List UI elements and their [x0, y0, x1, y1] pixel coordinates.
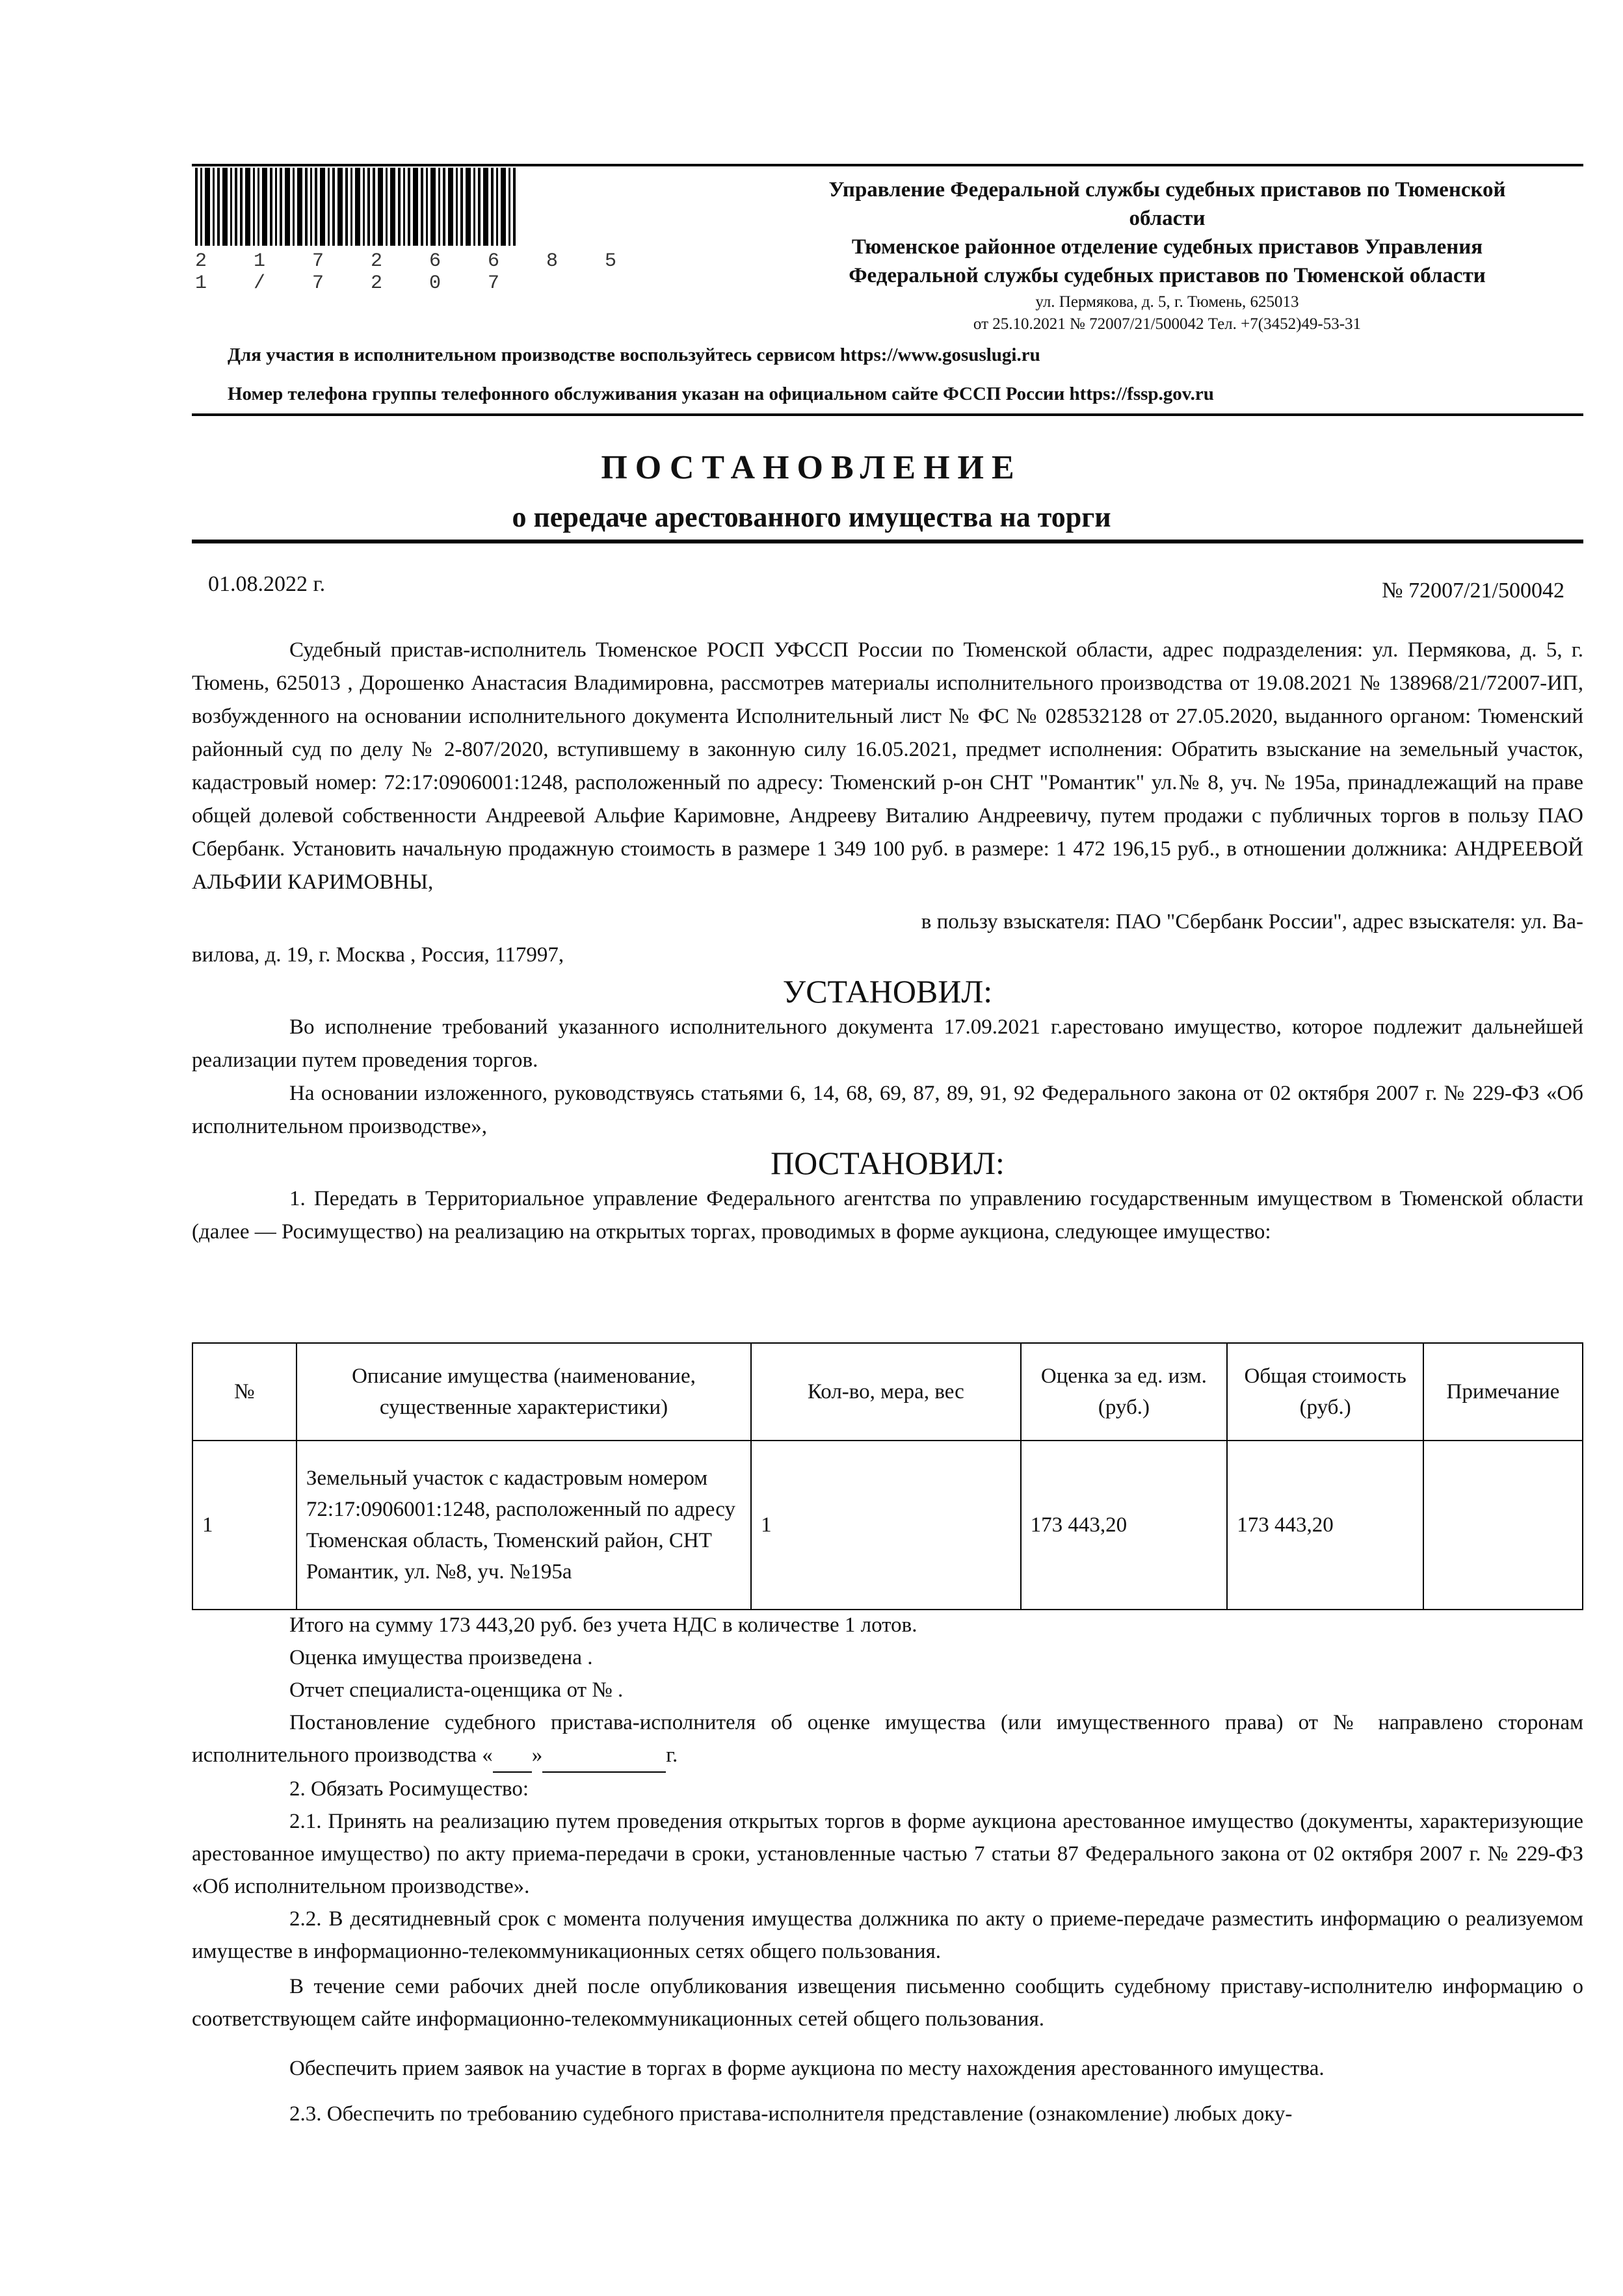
barcode-bar — [373, 168, 375, 246]
document-page: 2 1 7 2 6 6 8 5 1 / 7 2 0 7 Управление Ф… — [0, 0, 1623, 2296]
barcode-bar — [253, 168, 255, 246]
barcode-bar — [337, 168, 343, 246]
barcode-bar — [378, 168, 383, 246]
cell-unit-price: 173 443,20 — [1021, 1441, 1228, 1610]
document-title: ПОСТАНОВЛЕНИЕ — [0, 449, 1623, 487]
column-header: Описание имущества (наименование, сущест… — [297, 1343, 751, 1441]
barcode-bar — [443, 168, 445, 246]
barcode-bar — [245, 168, 250, 246]
item-2-1: 2.1. Принять на реализацию путем проведе… — [192, 1805, 1583, 1903]
barcode-bar — [240, 168, 243, 246]
year-suffix: г. — [666, 1743, 678, 1767]
valuation-decree: Постановление судебного пристава-исполни… — [192, 1706, 1583, 1773]
org-reference: от 25.10.2021 № 72007/21/500042 Тел. +7(… — [754, 315, 1580, 334]
barcode-bar — [466, 168, 471, 246]
intro-paragraph: Судебный пристав-исполнитель Тюменское Р… — [192, 634, 1583, 899]
item-2-3: 2.3. Обеспечить по требованию судебного … — [192, 2098, 1583, 2130]
barcode-bar — [355, 168, 360, 246]
barcode-bar — [398, 168, 401, 246]
established-paragraph: На основании изложенного, руководствуясь… — [192, 1077, 1583, 1143]
barcode-bar — [508, 168, 510, 246]
table-header-row: № Описание имущества (наименование, суще… — [192, 1343, 1583, 1441]
day-blank — [493, 1739, 532, 1773]
item-2: 2. Обязать Росимущество: — [192, 1773, 1583, 1805]
barcode-bar — [205, 168, 210, 246]
item-2-2: 2.2. В десятидневный срок с момента полу… — [192, 1903, 1583, 1968]
column-header: Кол-во, мера, вес — [751, 1343, 1020, 1441]
barcode-bar — [213, 168, 215, 246]
barcode-bar — [460, 168, 463, 246]
barcode-bar — [438, 168, 440, 246]
barcode-bar — [403, 168, 405, 246]
barcode-bar — [222, 168, 228, 246]
org-line: Федеральной службы судебных приставов по… — [754, 261, 1580, 290]
barcode-bar — [413, 168, 418, 246]
barcode-bar — [257, 168, 259, 246]
valuation-done: Оценка имущества произведена . — [192, 1641, 1583, 1674]
barcode-bar — [483, 168, 488, 246]
established-heading: УСТАНОВИЛ: — [192, 972, 1583, 1011]
phone-notice: Номер телефона группы телефонного обслуж… — [228, 384, 1214, 405]
org-line: области — [754, 204, 1580, 233]
barcode-bar — [285, 168, 290, 246]
barcode-bar — [367, 168, 370, 246]
seven-days-paragraph: В течение семи рабочих дней после опубли… — [192, 1970, 1583, 2035]
valuation-decree-text: Постановление судебного пристава-исполни… — [192, 1711, 1583, 1767]
barcode-bar — [478, 168, 481, 246]
barcode-bar — [280, 168, 282, 246]
month-blank — [542, 1739, 666, 1773]
barcode-bar — [217, 168, 220, 246]
barcode-bar — [390, 168, 395, 246]
applications-paragraph: Обеспечить прием заявок на участие в тор… — [192, 2052, 1583, 2085]
document-date: 01.08.2022 г. — [208, 572, 325, 597]
established-paragraph: Во исполнение требований указанного испо… — [192, 1011, 1583, 1077]
resolved-item-1: 1. Передать в Территориальное управление… — [192, 1182, 1583, 1249]
barcode-number: 2 1 7 2 6 6 8 5 1 / 7 2 0 7 — [195, 250, 637, 294]
barcode-bar — [473, 168, 475, 246]
barcode-bar — [491, 168, 494, 246]
barcode-bar — [297, 168, 302, 246]
table-row: 1 Земельный участок с кадастровым номеро… — [192, 1441, 1583, 1610]
barcode-bar — [310, 168, 312, 246]
column-header: № — [192, 1343, 297, 1441]
barcode-bar — [230, 168, 232, 246]
creditor-line: в пользу взыскателя: ПАО "Сбербанк Росси… — [192, 906, 1583, 939]
org-address: ул. Пермякова, д. 5, г. Тюмень, 625013 — [754, 290, 1580, 315]
barcode-bar — [305, 168, 308, 246]
quote-close: » — [532, 1743, 543, 1767]
document-number: № 72007/21/500042 — [1382, 579, 1564, 603]
barcode-bar — [430, 168, 436, 246]
barcode-bar — [426, 168, 428, 246]
title-rule — [192, 540, 1583, 543]
property-table: № Описание имущества (наименование, суще… — [192, 1342, 1583, 1610]
cell-description: Земельный участок с кадастровым номером … — [297, 1441, 751, 1610]
column-header: Примечание — [1423, 1343, 1583, 1441]
org-line: Тюменское районное отделение судебных пр… — [754, 233, 1580, 261]
total-line: Итого на сумму 173 443,20 руб. без учета… — [192, 1609, 1583, 1641]
cell-note — [1423, 1441, 1583, 1610]
barcode-bar — [513, 168, 516, 246]
barcode-bar — [200, 168, 202, 246]
barcode-bar — [262, 168, 267, 246]
barcode-bar — [386, 168, 388, 246]
document-body-top: Судебный пристав-исполнитель Тюменское Р… — [192, 634, 1583, 1249]
cell-quantity: 1 — [751, 1441, 1020, 1610]
appraiser-report: Отчет специалиста-оценщика от № . — [192, 1674, 1583, 1706]
barcode-bar — [421, 168, 423, 246]
document-body-bottom: Итого на сумму 173 443,20 руб. без учета… — [192, 1609, 1583, 2130]
barcode-bar — [320, 168, 325, 246]
header-bottom-rule — [192, 413, 1583, 416]
barcode-bar — [448, 168, 453, 246]
barcode-bar — [235, 168, 237, 246]
creditor-address-cont: вилова, д. 19, г. Москва , Россия, 11799… — [192, 939, 1583, 972]
issuing-authority: Управление Федеральной службы судебных п… — [754, 176, 1580, 334]
barcode-bar — [408, 168, 410, 246]
barcode-bar — [293, 168, 295, 246]
barcode-bar — [345, 168, 348, 246]
barcode-bar — [501, 168, 506, 246]
barcode-bar — [275, 168, 277, 246]
barcode-bar — [456, 168, 458, 246]
barcode-bar — [350, 168, 352, 246]
header-top-rule — [192, 164, 1583, 166]
gosuslugi-notice: Для участия в исполнительном производств… — [228, 345, 1040, 366]
column-header: Общая стоимость (руб.) — [1227, 1343, 1423, 1441]
barcode-bar — [195, 168, 198, 246]
barcode-bar — [363, 168, 365, 246]
barcode-bar — [332, 168, 335, 246]
resolved-heading: ПОСТАНОВИЛ: — [192, 1143, 1583, 1182]
cell-total: 173 443,20 — [1227, 1441, 1423, 1610]
barcode-bar — [315, 168, 317, 246]
barcode-bar — [328, 168, 330, 246]
column-header: Оценка за ед. изм. (руб.) — [1021, 1343, 1228, 1441]
barcode-bar — [270, 168, 272, 246]
document-subtitle: о передаче арестованного имущества на то… — [0, 501, 1623, 534]
barcode — [195, 168, 634, 246]
org-line: Управление Федеральной службы судебных п… — [754, 176, 1580, 204]
barcode-bar — [496, 168, 498, 246]
cell-number: 1 — [192, 1441, 297, 1610]
